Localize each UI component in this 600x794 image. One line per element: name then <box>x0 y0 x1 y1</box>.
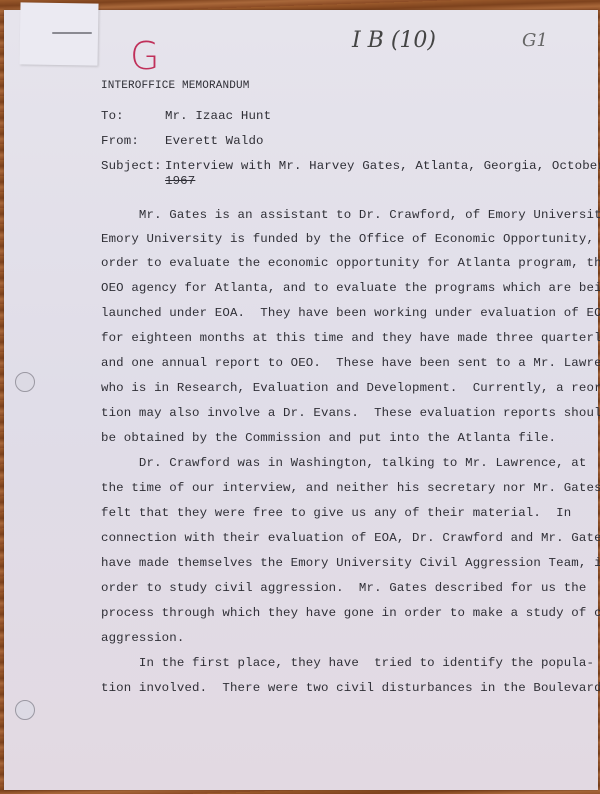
body-line: Mr. Gates is an assistant to Dr. Crawfor… <box>101 208 600 222</box>
body-line: who is in Research, Evaluation and Devel… <box>101 381 600 395</box>
body-line: Emory University is funded by the Office… <box>101 232 600 246</box>
to-label: To: <box>101 109 124 123</box>
index-tab <box>19 2 98 65</box>
body-line: tion may also involve a Dr. Evans. These… <box>101 406 600 420</box>
body-line: the time of our interview, and neither h… <box>101 481 600 495</box>
body-line: Dr. Crawford was in Washington, talking … <box>101 456 586 470</box>
memo-heading: INTEROFFICE MEMORANDUM <box>101 80 250 92</box>
body-line: order to evaluate the economic opportuni… <box>101 256 600 270</box>
subject-label: Subject: <box>101 159 162 173</box>
body-line: for eighteen months at this time and the… <box>101 331 600 345</box>
to-value: Mr. Izaac Hunt <box>165 109 271 123</box>
staple <box>52 32 92 34</box>
body-line: connection with their evaluation of EOA,… <box>101 531 600 545</box>
body-line: launched under EOA. They have been worki… <box>101 306 600 320</box>
punch-hole <box>15 700 35 720</box>
handwritten-file-code: I B (10) <box>352 28 436 53</box>
body-line: and one annual report to OEO. These have… <box>101 356 600 370</box>
body-line: aggression. <box>101 631 184 645</box>
handwritten-page-code: G1 <box>522 30 548 51</box>
punch-hole <box>15 372 35 392</box>
from-value: Everett Waldo <box>165 134 264 148</box>
subject-value-line-1: Interview with Mr. Harvey Gates, Atlanta… <box>165 159 600 173</box>
from-label: From: <box>101 134 139 148</box>
body-line: have made themselves the Emory Universit… <box>101 556 600 570</box>
body-line: OEO agency for Atlanta, and to evaluate … <box>101 281 600 295</box>
body-line: felt that they were free to give us any … <box>101 506 571 520</box>
body-line: process through which they have gone in … <box>101 606 600 620</box>
body-line: be obtained by the Commission and put in… <box>101 431 556 445</box>
document-page <box>4 10 598 790</box>
subject-value-line-2: 1967 <box>165 174 195 188</box>
body-line: In the first place, they have tried to i… <box>101 656 594 670</box>
body-line: order to study civil aggression. Mr. Gat… <box>101 581 586 595</box>
handwritten-letter-mark: G <box>130 34 159 78</box>
body-line: tion involved. There were two civil dist… <box>101 681 600 695</box>
